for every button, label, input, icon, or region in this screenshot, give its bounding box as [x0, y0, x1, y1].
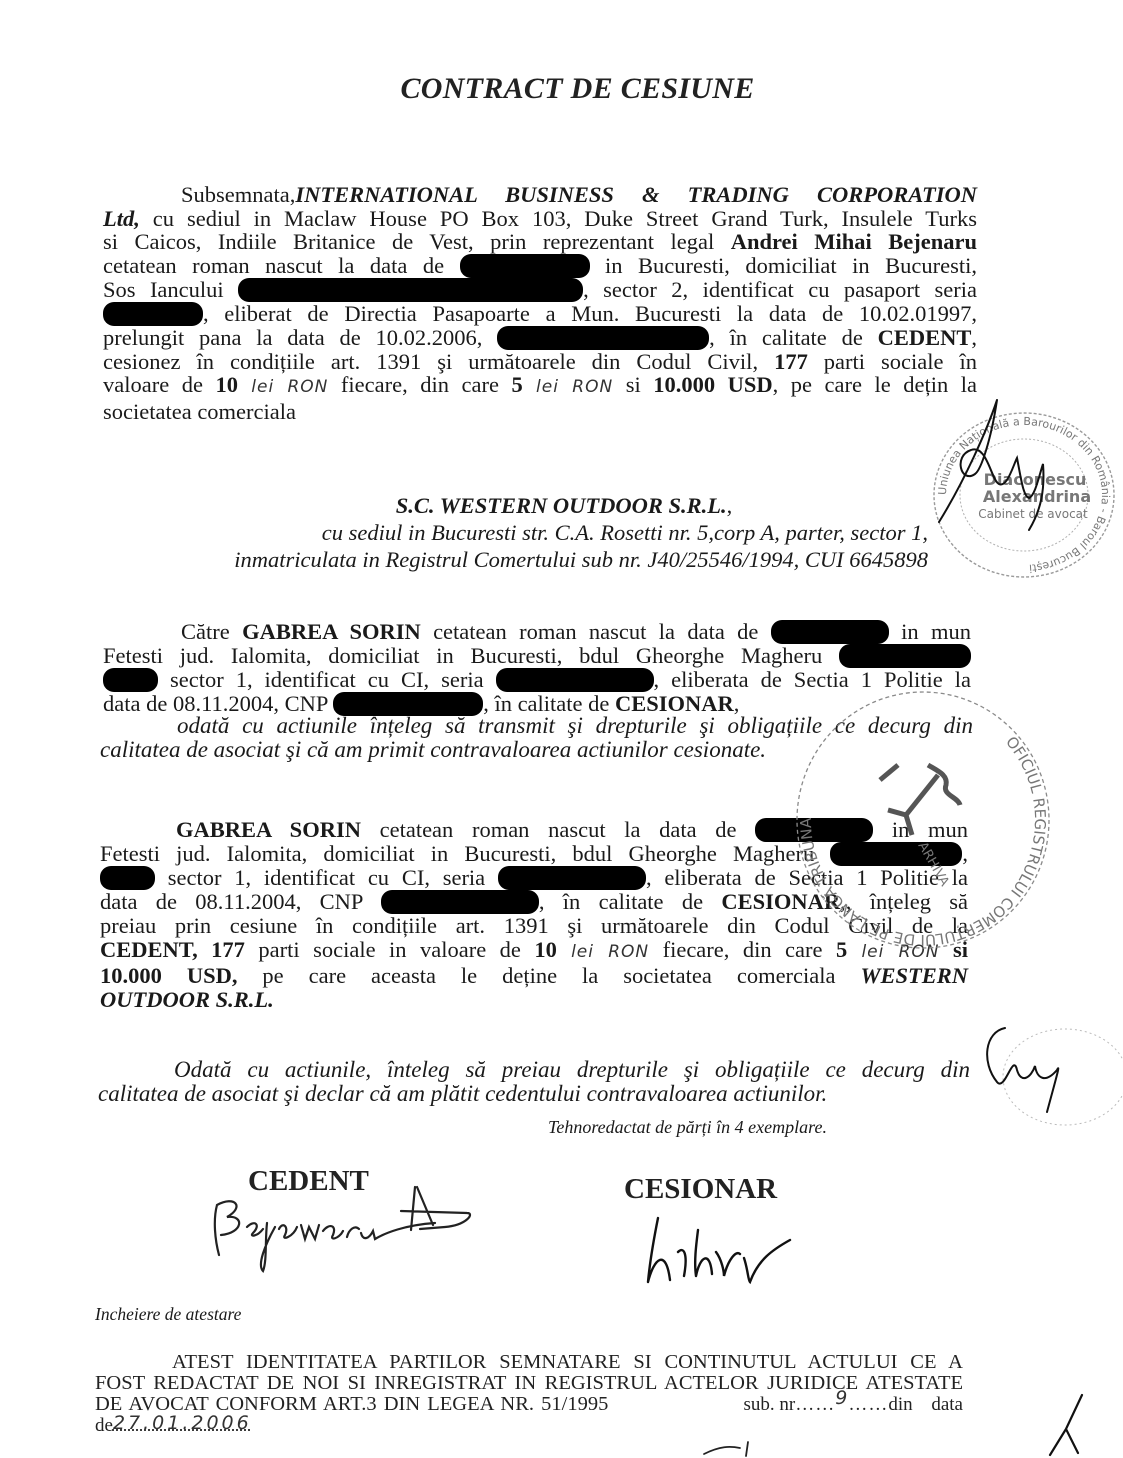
text-run: fiecare, din care — [328, 372, 511, 397]
text-run: valoare de — [103, 372, 215, 397]
text-run: in mun — [889, 619, 971, 644]
text-run: sector 1, identificat cu CI, seria — [155, 865, 498, 890]
text-run: 177 — [774, 349, 808, 374]
text-run: Andrei Mihai Bejenaru — [731, 229, 977, 254]
text-run: si — [613, 372, 653, 397]
pen-stroke-mark — [1040, 1395, 1123, 1458]
text-run: Sos Iancului — [103, 277, 238, 302]
cedent-paragraph-line: societatea comerciala — [103, 400, 977, 424]
redaction-block — [100, 866, 155, 890]
redaction-block — [496, 668, 654, 692]
text-run: parti sociale în — [808, 349, 977, 374]
attestation-line-2: FOST REDACTAT DE NOI SI INREGISTRAT IN R… — [95, 1373, 963, 1394]
text-run: cesionez în condițiile art. 1391 şi urmă… — [103, 349, 774, 374]
sub-nr-label: sub. nr — [743, 1394, 795, 1415]
attestation-registry-number: sub. nr……9……din data — [743, 1394, 963, 1415]
registry-stamp: OFICIUL REGISTRULUI COMERȚULUI DE PE LÂN… — [788, 685, 1058, 955]
attestation-date-line: de27.01.2006 — [95, 1415, 963, 1436]
text-run: GABREA SORIN — [242, 619, 421, 644]
redaction-block — [238, 278, 583, 302]
text-run: cu sediul in Maclaw House PO Box 103, Du… — [140, 206, 977, 231]
redaction-block — [771, 620, 889, 644]
text-run: WESTERN — [860, 963, 968, 988]
document-title: CONTRACT DE CESIUNE — [0, 72, 1123, 106]
text-run: Fetesti jud. Ialomita, domiciliat in Buc… — [103, 643, 839, 668]
svg-text:ARHIVA: ARHIVA — [915, 840, 952, 890]
cedent-paragraph-line: Ltd, cu sediul in Maclaw House PO Box 10… — [103, 207, 977, 231]
text-run: Fetesti jud. Ialomita, domiciliat in Buc… — [100, 841, 830, 866]
text-run: GABREA SORIN — [176, 817, 361, 842]
cedent-paragraph-line: cesionez în condițiile art. 1391 şi urmă… — [103, 350, 977, 374]
handwritten-annotation: lei RON — [238, 377, 328, 397]
handwritten-annotation: lei RON — [523, 377, 613, 397]
text-run: 10.000 USD, — [100, 963, 237, 988]
cedent-paragraph-line: Subsemnata,INTERNATIONAL BUSINESS & TRAD… — [103, 183, 977, 207]
company-block: S.C. WESTERN OUTDOOR S.R.L., cu sediul i… — [120, 492, 928, 573]
attestation-line-1: ATEST IDENTITATEA PARTILOR SEMNATARE SI … — [95, 1352, 963, 1373]
attestation-heading: Incheiere de atestare — [95, 1304, 241, 1325]
cesionar-acceptance-italic-clause: Odată cu actiunile, înteleg să preiau dr… — [98, 1058, 970, 1105]
handwritten-annotation: lei RON — [557, 942, 649, 962]
text-run: pe care aceasta le deține la societatea … — [237, 963, 860, 988]
text-run: sector 1, identificat cu CI, seria — [158, 667, 496, 692]
text-run: , eliberat de Directia Pasapoarte a Mun.… — [203, 301, 977, 326]
cedent-paragraph-line: valoare de 10 lei RON fiecare, din care … — [103, 373, 977, 400]
text-run: , în calitate de — [709, 325, 877, 350]
text-run: parti sociale in valoare de — [245, 937, 534, 962]
pen-stroke-mark-bottom — [700, 1440, 780, 1458]
redaction-block — [839, 644, 971, 668]
cedent-paragraph-line: prelungit pana la data de 10.02.2006, , … — [103, 326, 977, 350]
redaction-block — [103, 668, 158, 692]
text-run: cetatean roman nascut la data de — [361, 817, 755, 842]
registry-stamp-emblem — [880, 765, 960, 835]
text-run: 10.000 USD — [653, 372, 772, 397]
cedent-paragraph-line: cetatean roman nascut la data de in Bucu… — [103, 254, 977, 278]
redaction-block — [497, 326, 709, 350]
text-run: societatea comerciala — [103, 399, 296, 424]
company-registration: inmatriculata in Registrul Comertului su… — [120, 546, 928, 573]
lawyer-stamp: Uniunea Națională a Barourilor din Român… — [925, 400, 1123, 590]
sub-nr-value: 9 — [835, 1387, 848, 1409]
cesionar-signature — [640, 1210, 800, 1290]
text-run: Către — [181, 619, 242, 644]
cedent-paragraph-line: Sos Iancului , sector 2, identificat cu … — [103, 278, 977, 302]
cesionar-acceptance-line: OUTDOOR S.R.L. — [100, 988, 968, 1012]
text-run: 10 — [215, 372, 238, 397]
cesionar-acceptance-italic-line: calitatea de asociat şi declar că am plă… — [98, 1082, 970, 1106]
text-run: 10 — [534, 937, 557, 962]
text-run: data de 08.11.2004, CNP — [100, 889, 381, 914]
cedent-paragraph-line: si Caicos, Indiile Britanice de Vest, pr… — [103, 230, 977, 254]
text-run: Ltd, — [103, 206, 140, 231]
cesionar-signature-label: CESIONAR — [624, 1173, 777, 1206]
company-name: S.C. WESTERN OUTDOOR S.R.L. — [396, 493, 727, 518]
cesionar-acceptance-line: 10.000 USD, pe care aceasta le deține la… — [100, 964, 968, 988]
date-value: 27.01.2006 — [113, 1412, 252, 1434]
redaction-block — [381, 890, 539, 914]
margin-signature — [975, 1022, 1123, 1132]
cedent-signature — [205, 1185, 485, 1275]
svg-text:Cabinet de avocat: Cabinet de avocat — [978, 507, 1088, 521]
cesionar-paragraph-line: Fetesti jud. Ialomita, domiciliat in Buc… — [103, 644, 971, 668]
attestation-text: ATEST IDENTITATEA PARTILOR SEMNATARE SI … — [95, 1352, 963, 1436]
date-label: de — [95, 1415, 113, 1436]
cesionar-acceptance-italic-line: Odată cu actiunile, înteleg să preiau dr… — [98, 1058, 970, 1082]
text-run: si Caicos, Indiile Britanice de Vest, pr… — [103, 229, 731, 254]
cedent-paragraph: Subsemnata,INTERNATIONAL BUSINESS & TRAD… — [103, 183, 977, 424]
text-run: prelungit pana la data de 10.02.2006, — [103, 325, 497, 350]
cesionar-paragraph-line: Către GABREA SORIN cetatean roman nascut… — [103, 620, 971, 644]
registry-stamp-ring-text: OFICIUL REGISTRULUI COMERȚULUI DE PE LÂN… — [782, 671, 1049, 949]
text-run: in Bucuresti, domiciliat in Bucuresti, — [590, 253, 977, 278]
text-run: , — [971, 325, 977, 350]
text-run: cetatean roman nascut la data de — [103, 253, 460, 278]
text-run: 5 — [512, 372, 523, 397]
svg-text:Alexandrina: Alexandrina — [983, 487, 1091, 506]
copies-note: Tehnoredactat de părți în 4 exemplare. — [548, 1117, 827, 1138]
company-address: cu sediul in Bucuresti str. C.A. Rosetti… — [120, 519, 928, 546]
text-run: cetatean roman nascut la data de — [421, 619, 771, 644]
redaction-block — [498, 866, 646, 890]
company-name-line: S.C. WESTERN OUTDOOR S.R.L., — [120, 492, 928, 519]
text-run: Subsemnata, — [181, 182, 295, 207]
text-run: , în calitate de — [539, 889, 722, 914]
redaction-block — [460, 254, 590, 278]
redaction-block — [103, 302, 203, 326]
date-prefix-label: din data — [888, 1394, 963, 1415]
text-run: OUTDOOR S.R.L. — [100, 987, 274, 1012]
cedent-paragraph-line: , eliberat de Directia Pasapoarte a Mun.… — [103, 302, 977, 326]
text-run: INTERNATIONAL BUSINESS & TRADING CORPORA… — [295, 182, 977, 207]
company-name-suffix: , — [727, 493, 733, 518]
text-run: CEDENT — [878, 325, 972, 350]
text-run: , sector 2, identificat cu pasaport seri… — [583, 277, 977, 302]
text-run: CEDENT, 177 — [100, 937, 245, 962]
contract-page: CONTRACT DE CESIUNE Subsemnata,INTERNATI… — [0, 0, 1123, 1458]
text-run: , pe care le dețin la — [773, 372, 977, 397]
